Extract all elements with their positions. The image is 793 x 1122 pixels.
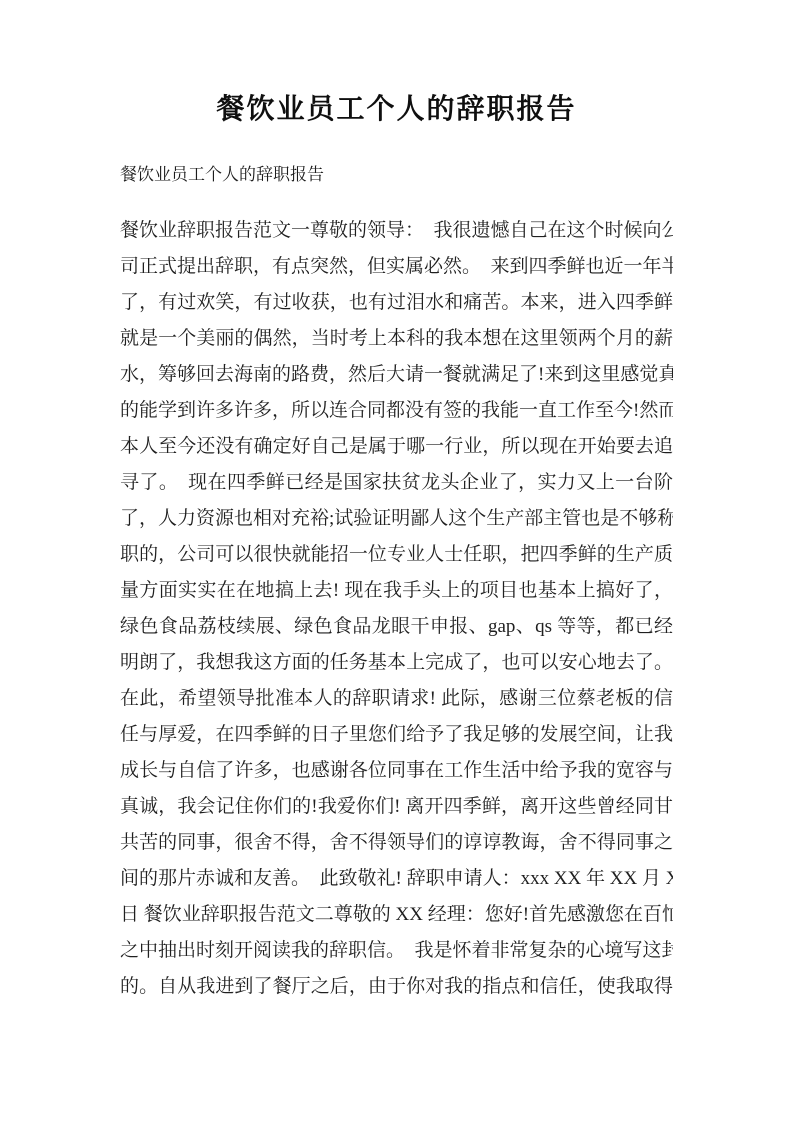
body-text-line: 水，筹够回去海南的路费，然后大请一餐就满足了!来到这里感觉真 bbox=[120, 357, 673, 393]
body-text-line: 明朗了，我想我这方面的任务基本上完成了，也可以安心地去了。 bbox=[120, 645, 673, 681]
body-text-line: 任与厚爱，在四季鲜的日子里您们给予了我足够的发展空间，让我 bbox=[120, 717, 673, 753]
body-text-line: 日 餐饮业辞职报告范文二尊敬的 XX 经理：您好!首先感激您在百忙 bbox=[120, 897, 673, 933]
body-text-line: 在此，希望领导批准本人的辞职请求! 此际，感谢三位蔡老板的信 bbox=[120, 681, 673, 717]
body-text-line: 餐饮业辞职报告范文一尊敬的领导： 我很遗憾自己在这个时候向公 bbox=[120, 213, 673, 249]
body-text-line: 职的，公司可以很快就能招一位专业人士任职，把四季鲜的生产质 bbox=[120, 537, 673, 573]
document-title: 餐饮业员工个人的辞职报告 bbox=[120, 90, 673, 130]
body-text-line: 就是一个美丽的偶然，当时考上本科的我本想在这里领两个月的薪 bbox=[120, 321, 673, 357]
body-text-line: 本人至今还没有确定好自己是属于哪一行业，所以现在开始要去追 bbox=[120, 429, 673, 465]
body-text-line: 了，有过欢笑，有过收获，也有过泪水和痛苦。本来，进入四季鲜 bbox=[120, 285, 673, 321]
body-text-line: 间的那片赤诚和友善。 此致敬礼! 辞职申请人：xxx XX 年 XX 月 XX bbox=[120, 861, 673, 897]
body-text-line: 的。自从我进到了餐厅之后，由于你对我的指点和信任，使我取得 bbox=[120, 969, 673, 1005]
body-text-line: 司正式提出辞职，有点突然，但实属必然。 来到四季鲜也近一年半 bbox=[120, 249, 673, 285]
body-text-line: 寻了。 现在四季鲜已经是国家扶贫龙头企业了，实力又上一台阶 bbox=[120, 465, 673, 501]
document-body: 餐饮业辞职报告范文一尊敬的领导： 我很遗憾自己在这个时候向公司正式提出辞职，有点… bbox=[120, 213, 673, 1005]
body-text-line: 的能学到许多许多，所以连合同都没有签的我能一直工作至今!然而 bbox=[120, 393, 673, 429]
document-page: 餐饮业员工个人的辞职报告 餐饮业员工个人的辞职报告 餐饮业辞职报告范文一尊敬的领… bbox=[0, 0, 793, 1122]
body-text-line: 绿色食品荔枝续展、绿色食品龙眼干申报、gap、qs 等等，都已经 bbox=[120, 609, 673, 645]
body-text-line: 量方面实实在在地搞上去! 现在我手头上的项目也基本上搞好了， bbox=[120, 573, 673, 609]
body-text-line: 共苦的同事，很舍不得，舍不得领导们的谆谆教诲，舍不得同事之 bbox=[120, 825, 673, 861]
body-text-line: 了，人力资源也相对充裕;试验证明鄙人这个生产部主管也是不够称 bbox=[120, 501, 673, 537]
document-subtitle: 餐饮业员工个人的辞职报告 bbox=[120, 163, 673, 187]
body-text-line: 之中抽出时刻开阅读我的辞职信。 我是怀着非常复杂的心境写这封 bbox=[120, 933, 673, 969]
body-text-line: 成长与自信了许多，也感谢各位同事在工作生活中给予我的宽容与 bbox=[120, 753, 673, 789]
body-text-line: 真诚，我会记住你们的!我爱你们! 离开四季鲜，离开这些曾经同甘 bbox=[120, 789, 673, 825]
